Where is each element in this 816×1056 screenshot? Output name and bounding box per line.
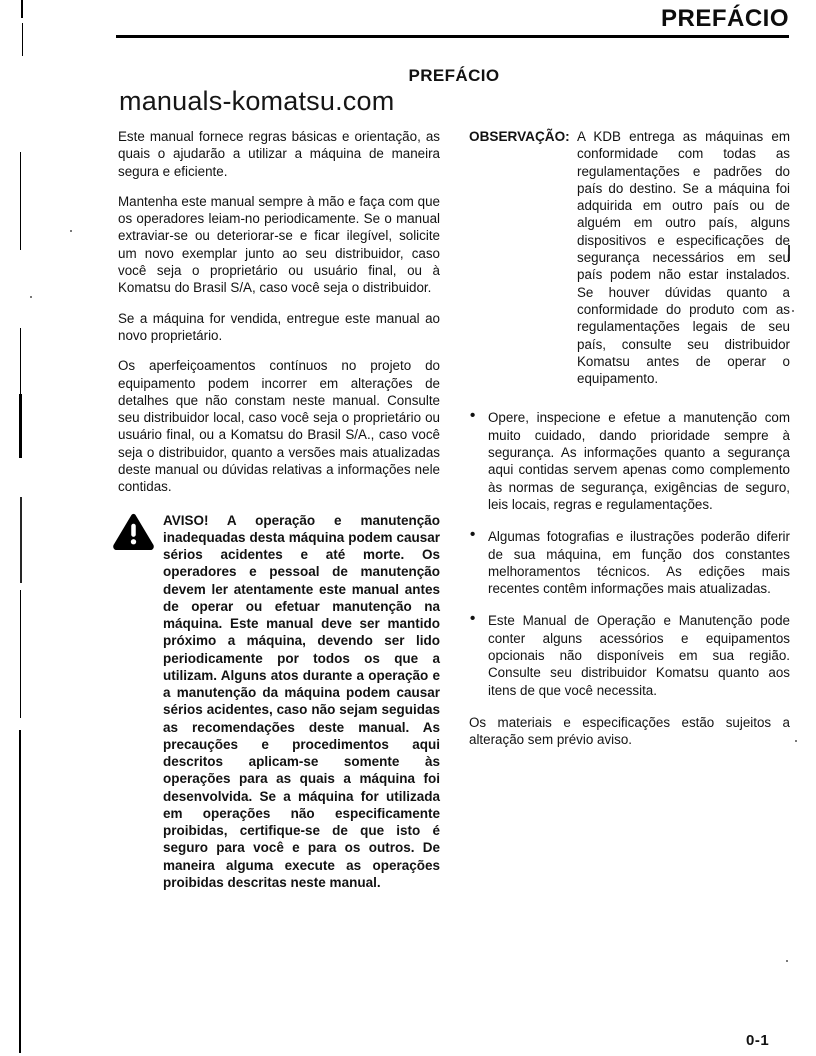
paragraph: Se a máquina for vendida, entregue este … [118, 310, 440, 345]
scan-speckle [786, 960, 788, 962]
scan-artifact [21, 0, 23, 18]
note-label: OBSERVAÇÃO: [469, 128, 570, 145]
scan-speckle [70, 230, 72, 232]
list-item: • Opere, inspecione e efetue a manutençã… [469, 409, 790, 513]
bullet-list: • Opere, inspecione e efetue a manutençã… [469, 409, 790, 698]
warning-text: A operação e manutenção inadequadas dest… [163, 513, 440, 890]
manual-page: PREFÁCIO PREFÁCIO manuals-komatsu.com Es… [0, 0, 816, 1056]
warning-block: AVISO! A operação e manutenção inadequad… [118, 512, 440, 892]
scan-speckle [792, 310, 794, 312]
warning-triangle-icon [113, 513, 154, 550]
scan-artifact [20, 497, 22, 583]
note-text: A KDB entrega as máquinas em conformidad… [577, 129, 790, 386]
left-column: Este manual fornece regras básicas e ori… [118, 128, 440, 891]
paragraph: Este manual fornece regras básicas e ori… [118, 128, 440, 180]
bullet-text: Algumas fotografias e ilustrações poderã… [488, 529, 790, 596]
page-number: 0-1 [746, 1032, 769, 1049]
bullet-icon: • [470, 407, 475, 424]
list-item: • Este Manual de Operação e Manutenção p… [469, 612, 790, 698]
closing-paragraph: Os materiais e especificações estão suje… [469, 714, 790, 749]
scan-speckle [30, 296, 32, 298]
paragraph: Os aperfeiçoamentos contínuos no projeto… [118, 357, 440, 495]
scan-artifact [19, 730, 21, 1053]
bullet-icon: • [470, 526, 475, 543]
scan-speckle [795, 740, 797, 742]
note-block: OBSERVAÇÃO: A KDB entrega as máquinas em… [469, 128, 790, 387]
bullet-icon: • [470, 610, 475, 627]
scan-artifact [20, 590, 21, 718]
bullet-text: Opere, inspecione e efetue a manutenção … [488, 410, 790, 511]
scan-artifact [19, 394, 22, 458]
page-title: PREFÁCIO [118, 66, 790, 86]
right-column: OBSERVAÇÃO: A KDB entrega as máquinas em… [469, 128, 790, 762]
header-divider [116, 35, 789, 38]
warning-label: AVISO! [163, 513, 227, 528]
scan-artifact [22, 23, 23, 56]
bullet-text: Este Manual de Operação e Manutenção pod… [488, 613, 790, 697]
scan-artifact [20, 152, 21, 250]
scan-artifact [20, 328, 21, 394]
paragraph: Mantenha este manual sempre à mão e faça… [118, 193, 440, 297]
watermark-text: manuals-komatsu.com [119, 86, 394, 117]
list-item: • Algumas fotografias e ilustrações pode… [469, 528, 790, 597]
chapter-header-title: PREFÁCIO [661, 5, 789, 33]
